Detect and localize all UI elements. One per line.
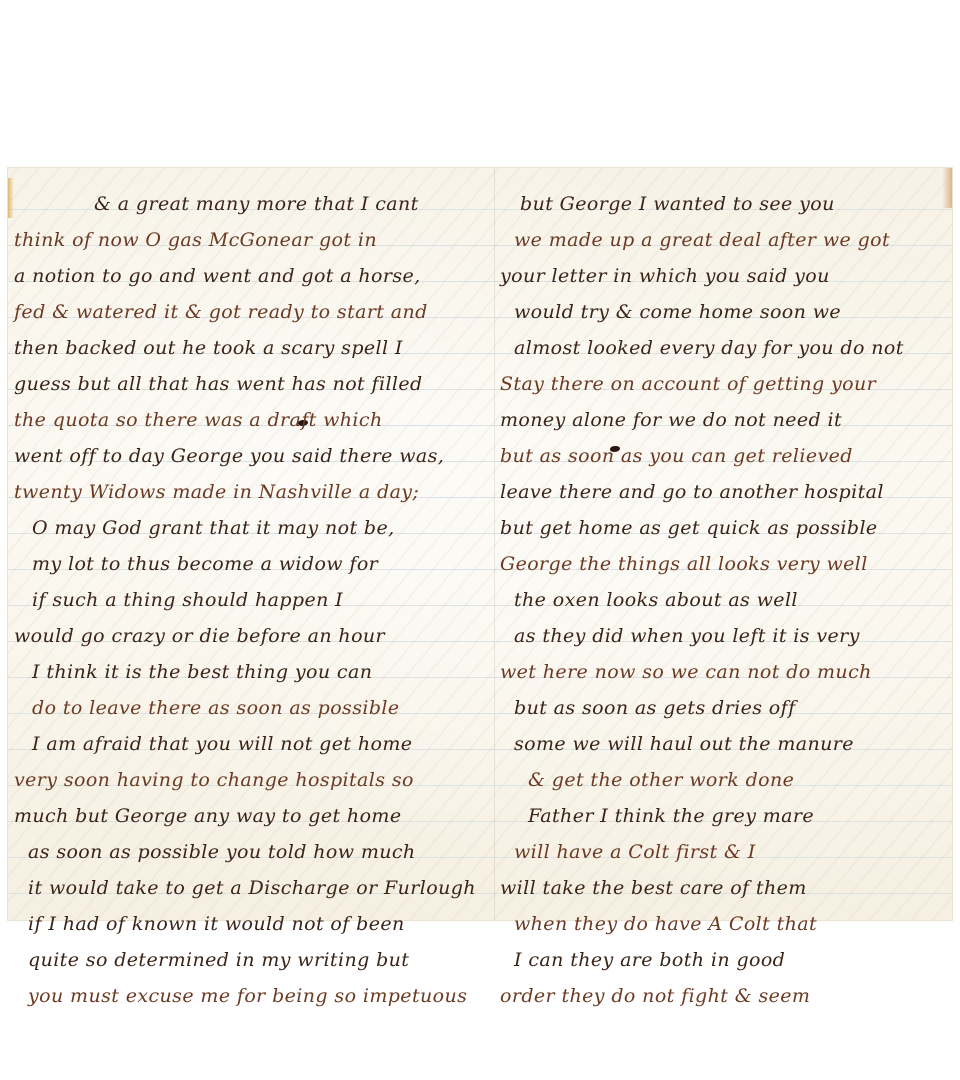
left-column-text: & a great many more that I cant think of…	[14, 186, 498, 1014]
text-line: very soon having to change hospitals so	[14, 762, 498, 798]
text-line: I think it is the best thing you can	[14, 654, 498, 690]
right-column-text: but George I wanted to see you we made u…	[500, 186, 950, 1014]
text-line: when they do have A Colt that	[500, 906, 950, 942]
text-line: then backed out he took a scary spell I	[14, 330, 498, 366]
text-line: but get home as get quick as possible	[500, 510, 950, 546]
text-line: fed & watered it & got ready to start an…	[14, 294, 498, 330]
text-line: George the things all looks very well	[500, 546, 950, 582]
text-line: money alone for we do not need it	[500, 402, 950, 438]
text-line: went off to day George you said there wa…	[14, 438, 498, 474]
text-line: Stay there on account of getting your	[500, 366, 950, 402]
text-line: your letter in which you said you	[500, 258, 950, 294]
text-line: as they did when you left it is very	[500, 618, 950, 654]
text-line: if such a thing should happen I	[14, 582, 498, 618]
text-line: as soon as possible you told how much	[14, 834, 498, 870]
text-line: wet here now so we can not do much	[500, 654, 950, 690]
text-line: would go crazy or die before an hour	[14, 618, 498, 654]
text-line: it would take to get a Discharge or Furl…	[14, 870, 498, 906]
text-line: a notion to go and went and got a horse,	[14, 258, 498, 294]
text-line: twenty Widows made in Nashville a day;	[14, 474, 498, 510]
text-line: & get the other work done	[500, 762, 950, 798]
letter-page: & a great many more that I cant think of…	[8, 168, 952, 920]
text-line: leave there and go to another hospital	[500, 474, 950, 510]
text-line: but as soon as gets dries off	[500, 690, 950, 726]
text-line: & a great many more that I cant	[14, 186, 498, 222]
text-line: do to leave there as soon as possible	[14, 690, 498, 726]
text-line: almost looked every day for you do not	[500, 330, 950, 366]
text-line: but as soon as you can get relieved	[500, 438, 950, 474]
text-line: the oxen looks about as well	[500, 582, 950, 618]
text-line: my lot to thus become a widow for	[14, 546, 498, 582]
text-line: much but George any way to get home	[14, 798, 498, 834]
text-line: but George I wanted to see you	[500, 186, 950, 222]
text-line: I can they are both in good	[500, 942, 950, 978]
text-line: O may God grant that it may not be,	[14, 510, 498, 546]
text-line: you must excuse me for being so impetuou…	[14, 978, 498, 1014]
text-line: the quota so there was a draft which	[14, 402, 498, 438]
text-line: quite so determined in my writing but	[14, 942, 498, 978]
text-line: I am afraid that you will not get home	[14, 726, 498, 762]
text-line: will take the best care of them	[500, 870, 950, 906]
text-line: Father I think the grey mare	[500, 798, 950, 834]
text-line: we made up a great deal after we got	[500, 222, 950, 258]
text-line: will have a Colt first & I	[500, 834, 950, 870]
text-line: guess but all that has went has not fill…	[14, 366, 498, 402]
text-line: some we will haul out the manure	[500, 726, 950, 762]
text-line: order they do not fight & seem	[500, 978, 950, 1014]
text-line-body: fed & watered it & got ready to start an…	[14, 301, 428, 323]
text-line: would try & come home soon we	[500, 294, 950, 330]
text-line: think of now O gas McGonear got in	[14, 222, 498, 258]
text-line: if I had of known it would not of been	[14, 906, 498, 942]
